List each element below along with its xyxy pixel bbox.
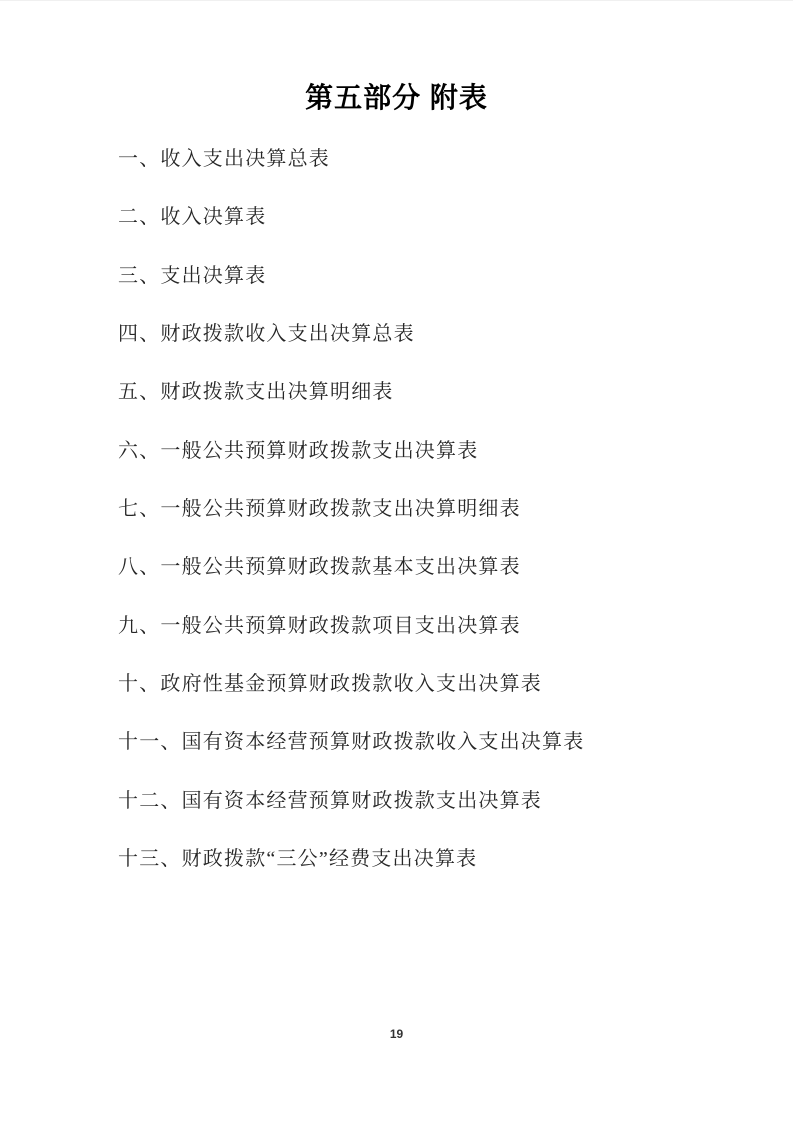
toc-item: 七、一般公共预算财政拨款支出决算明细表 — [118, 497, 733, 555]
document-page: 第五部分 附表 一、收入支出决算总表二、收入决算表三、支出决算表四、财政拨款收入… — [0, 0, 793, 1123]
toc-item: 九、一般公共预算财政拨款项目支出决算表 — [118, 614, 733, 672]
toc-item: 二、收入决算表 — [118, 205, 733, 263]
toc-item: 四、财政拨款收入支出决算总表 — [118, 322, 733, 380]
toc-item: 十三、财政拨款“三公”经费支出决算表 — [118, 847, 733, 905]
toc-item: 三、支出决算表 — [118, 264, 733, 322]
toc-item: 六、一般公共预算财政拨款支出决算表 — [118, 439, 733, 497]
page-number: 19 — [0, 1026, 793, 1042]
toc-item: 五、财政拨款支出决算明细表 — [118, 380, 733, 438]
toc-list: 一、收入支出决算总表二、收入决算表三、支出决算表四、财政拨款收入支出决算总表五、… — [118, 147, 733, 905]
toc-item: 十二、国有资本经营预算财政拨款支出决算表 — [118, 789, 733, 847]
toc-item: 一、收入支出决算总表 — [118, 147, 733, 205]
toc-item: 十、政府性基金预算财政拨款收入支出决算表 — [118, 672, 733, 730]
page-title: 第五部分 附表 — [0, 83, 793, 113]
toc-item: 十一、国有资本经营预算财政拨款收入支出决算表 — [118, 730, 733, 788]
toc-item: 八、一般公共预算财政拨款基本支出决算表 — [118, 555, 733, 613]
